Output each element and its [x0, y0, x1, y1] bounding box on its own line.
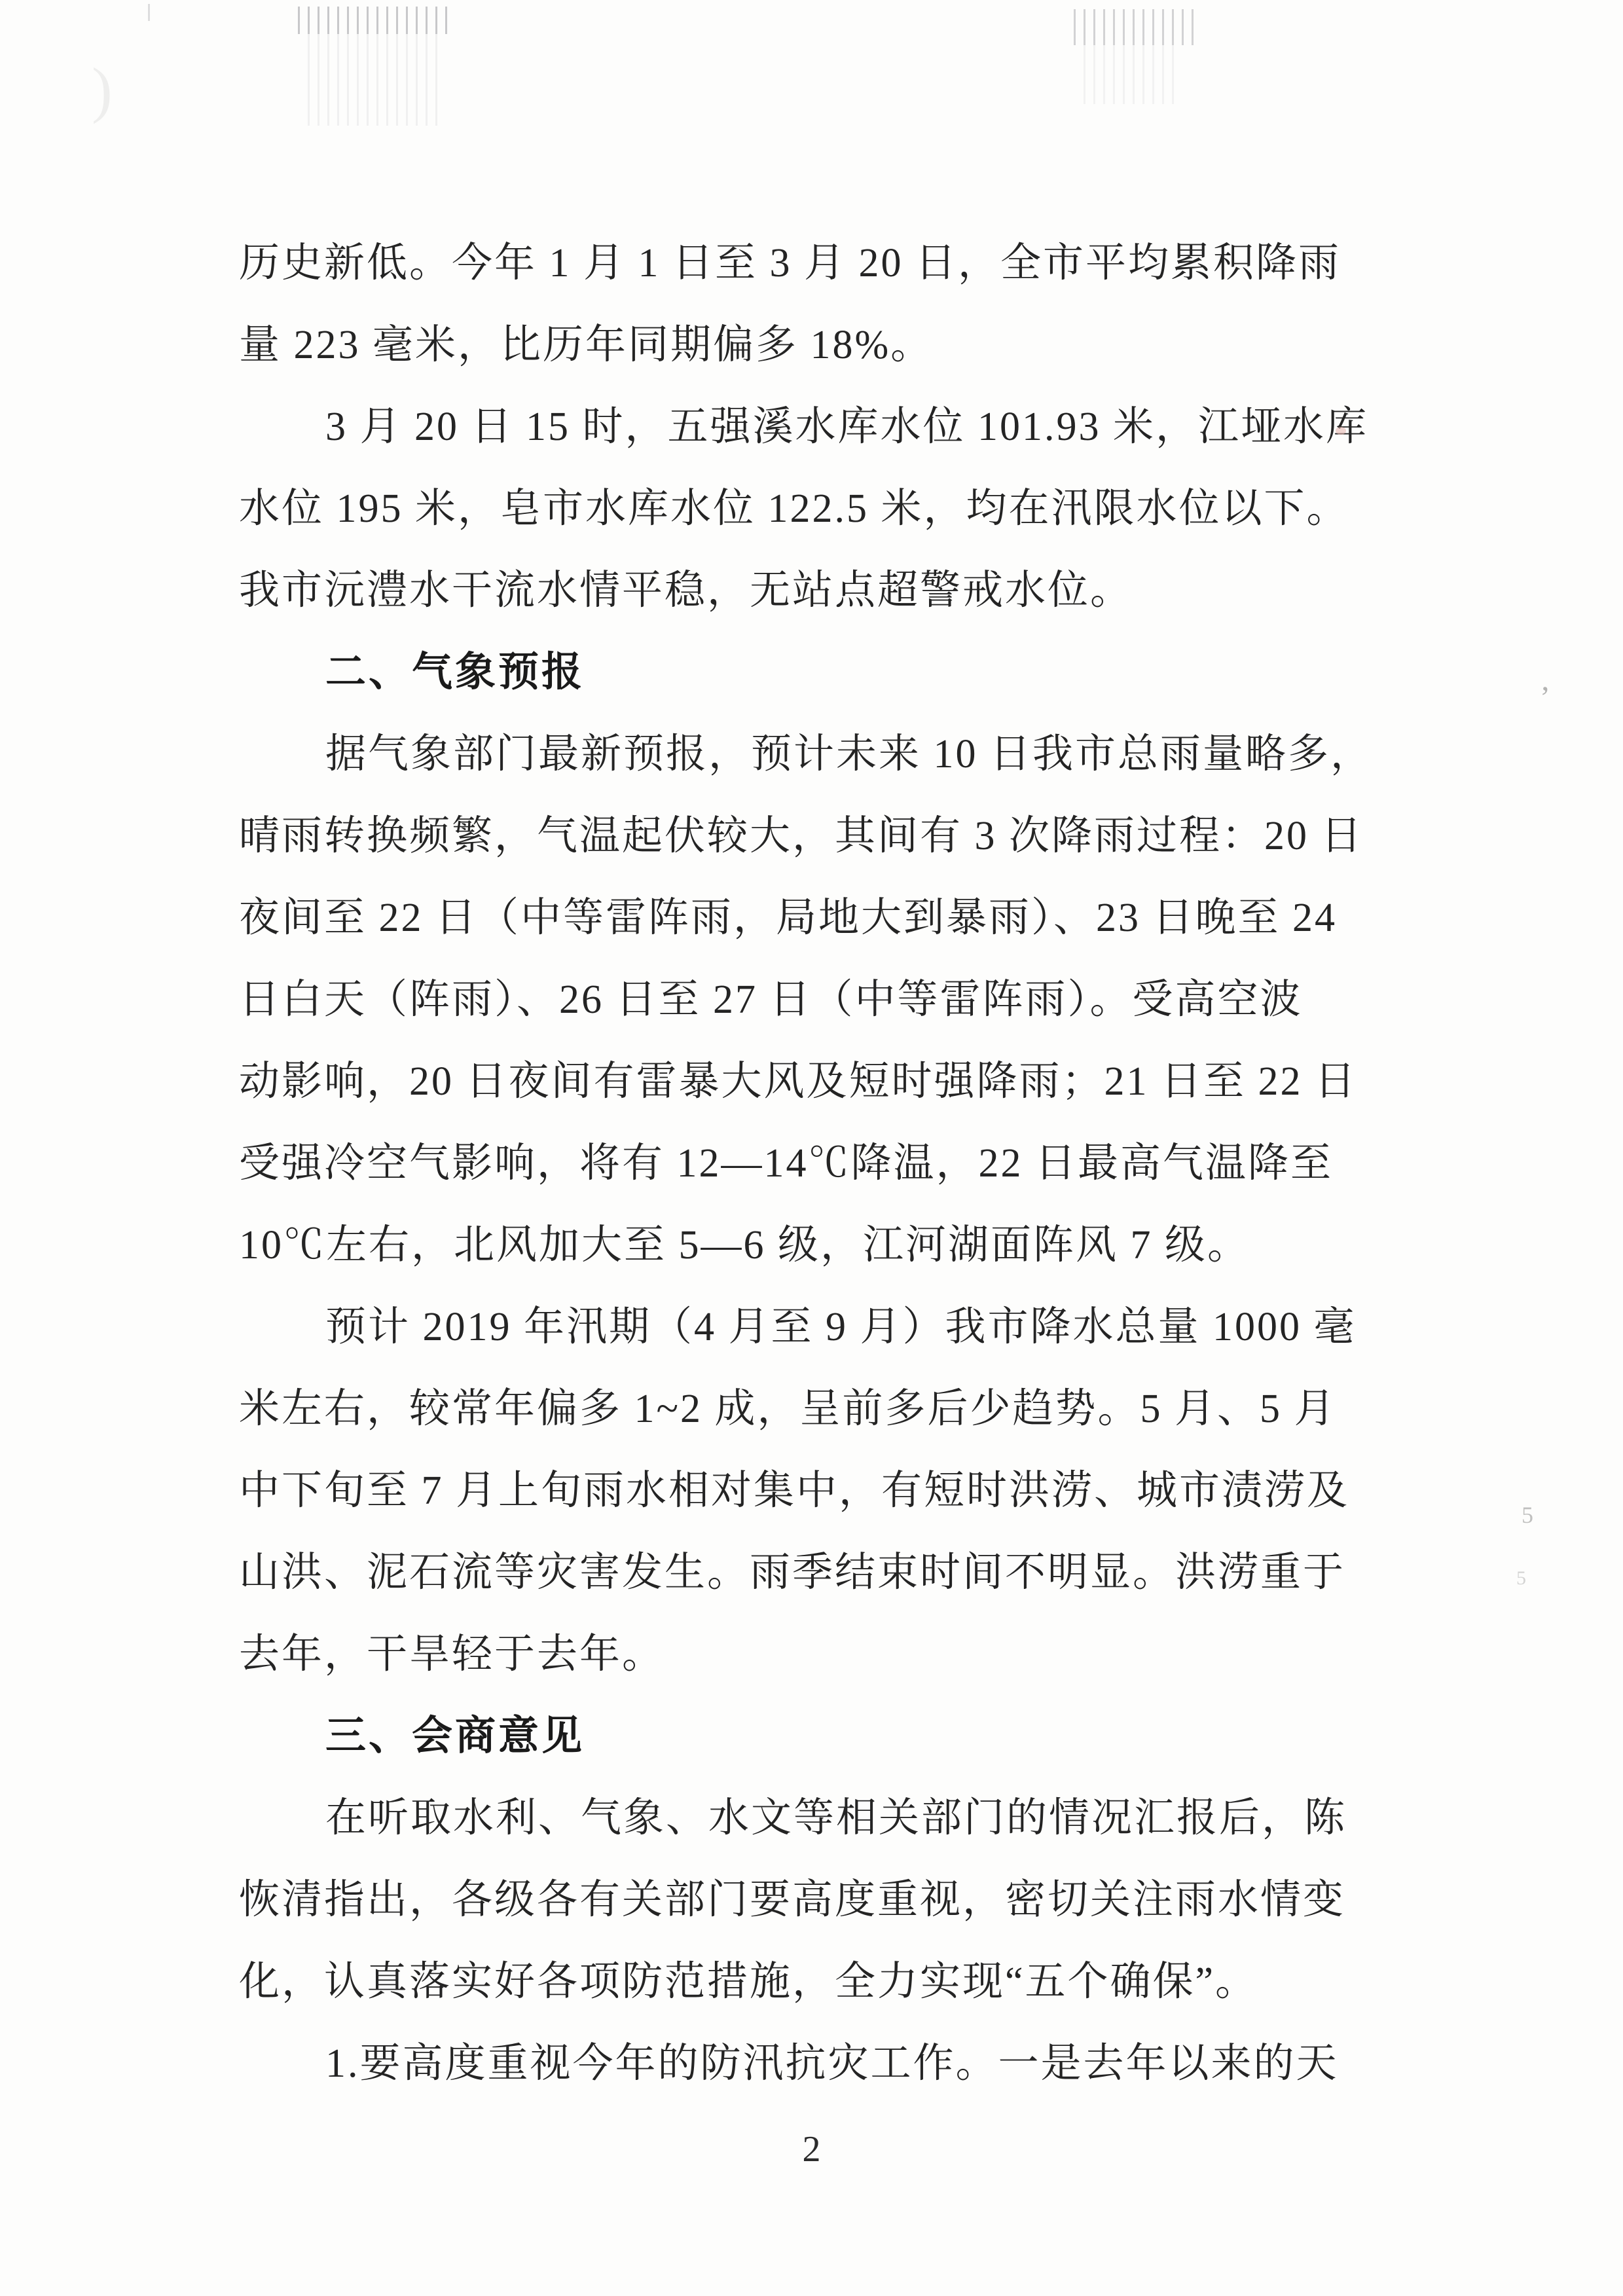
text-line: 1.要高度重视今年的防汛抗灾工作。一是去年以来的天: [239, 2023, 1431, 2105]
section-heading: 二、气象预报: [239, 632, 1431, 714]
text-line: 3 月 20 日 15 时，五强溪水库水位 101.93 米，江垭水库: [239, 386, 1431, 468]
scan-artifact: [1074, 9, 1195, 45]
text-line: 中下旬至 7 月上旬雨水相对集中，有短时洪涝、城市渍涝及: [239, 1450, 1431, 1532]
text-line: 量 223 毫米，比历年同期偏多 18%。: [239, 304, 1431, 386]
text-line: 历史新低。今年 1 月 1 日至 3 月 20 日，全市平均累积降雨: [239, 223, 1431, 304]
text-line: 山洪、泥石流等灾害发生。雨季结束时间不明显。洪涝重于: [239, 1532, 1431, 1614]
text-line: 预计 2019 年汛期（4 月至 9 月）我市降水总量 1000 毫: [239, 1286, 1431, 1368]
scan-artifact: [308, 34, 442, 126]
text-line: 10℃左右，北风加大至 5—6 级，江河湖面阵风 7 级。: [239, 1205, 1431, 1286]
text-line: 晴雨转换频繁，气温起伏较大，其间有 3 次降雨过程：20 日: [239, 795, 1431, 877]
section-heading: 三、会商意见: [239, 1696, 1431, 1777]
scan-artifact: [148, 4, 157, 21]
scan-artifact: [298, 7, 452, 34]
text-line: 去年，干旱轻于去年。: [239, 1614, 1431, 1696]
scanned-document-page: 历史新低。今年 1 月 1 日至 3 月 20 日，全市平均累积降雨量 223 …: [0, 0, 1623, 2296]
text-line: 在听取水利、气象、水文等相关部门的情况汇报后，陈: [239, 1777, 1431, 1859]
scan-artifact: 5: [1522, 1503, 1533, 1527]
text-line: 恢清指出，各级各有关部门要高度重视，密切关注雨水情变: [239, 1859, 1431, 1941]
scan-artifact: ): [92, 59, 113, 121]
scan-artifact: [1084, 45, 1182, 104]
text-line: 夜间至 22 日（中等雷阵雨，局地大到暴雨）、23 日晚至 24: [239, 877, 1431, 959]
text-line: 我市沅澧水干流水情平稳，无站点超警戒水位。: [239, 550, 1431, 632]
text-line: 日白天（阵雨）、26 日至 27 日（中等雷阵雨）。受高空波: [239, 959, 1431, 1041]
document-lines: 历史新低。今年 1 月 1 日至 3 月 20 日，全市平均累积降雨量 223 …: [239, 223, 1431, 2105]
scan-artifact: 5: [1516, 1569, 1526, 1588]
text-line: 据气象部门最新预报，预计未来 10 日我市总雨量略多，: [239, 714, 1431, 795]
text-line: 水位 195 米，皂市水库水位 122.5 米，均在汛限水位以下。: [239, 468, 1431, 550]
text-line: 受强冷空气影响，将有 12—14℃降温，22 日最高气温降至: [239, 1123, 1431, 1205]
scan-artifact: ’: [1540, 682, 1550, 714]
text-line: 米左右，较常年偏多 1~2 成，呈前多后少趋势。5 月、5 月: [239, 1368, 1431, 1450]
text-line: 化，认真落实好各项防范措施，全力实现“五个确保”。: [239, 1941, 1431, 2023]
page-number: 2: [0, 2129, 1623, 2170]
text-line: 动影响，20 日夜间有雷暴大风及短时强降雨；21 日至 22 日: [239, 1041, 1431, 1123]
